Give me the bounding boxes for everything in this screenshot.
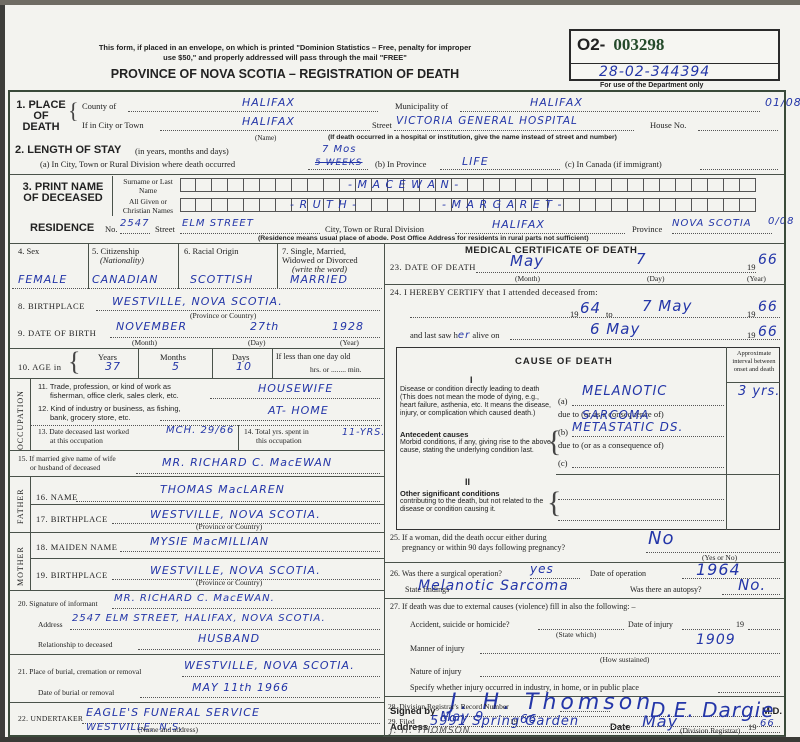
due-to-label-2: due to (or as a consequence of) (558, 440, 664, 450)
antecedent-title: Antecedent causes (400, 431, 468, 439)
last-saw-year: 66 (758, 324, 778, 340)
q11-label: 11. Trade, profession, or kind of work a… (38, 382, 179, 400)
registrar-sub: (Division Registrar) (680, 726, 740, 735)
citizenship-sub: (Nationality) (100, 255, 144, 265)
q26-value: yes (530, 562, 554, 576)
q14-line-1: 14. Total yrs. spent in (244, 427, 309, 436)
q25-label-1: 25. If a woman, did the death occur eith… (390, 533, 565, 543)
mother-maiden-value: MYSIE MacMILLIAN (150, 535, 269, 548)
father-side-label: FATHER (16, 484, 25, 524)
undertaker-name: EAGLE'S FUNERAL SERVICE (86, 706, 260, 719)
place-of-death-label: 1. PLACE OF DEATH (15, 100, 67, 133)
stay-province-label: (b) In Province (375, 159, 426, 169)
citizenship-value: CANADIAN (92, 273, 158, 286)
last-saw-date: 6 May (590, 320, 640, 338)
autopsy-value: No. (738, 576, 766, 594)
section-1-label: I (470, 375, 473, 385)
q26-label: 26. Was there a surgical operation? (390, 569, 502, 578)
street-label: Street (372, 120, 392, 130)
dob-year-sub: (Year) (340, 338, 359, 347)
dob-day-sub: (Day) (248, 338, 266, 347)
father-birthplace-label: 17. BIRTHPLACE (36, 514, 108, 524)
stay-canada-label: (c) In Canada (if immigrant) (565, 159, 662, 169)
cause-a-value: MELANOTIC (582, 384, 667, 399)
cause-of-death-title: CAUSE OF DEATH (515, 356, 613, 367)
filed-year: 66 (520, 712, 537, 726)
antecedent-label: Morbid conditions, if any, giving rise t… (400, 439, 552, 455)
residence-no-label: No. (105, 224, 118, 234)
scan-bottom-edge (0, 737, 800, 742)
registrar-printed-name: J. H. THOMSON (390, 726, 471, 736)
hospital-note: (If death occurred in a hospital or inst… (328, 134, 617, 141)
mother-birthplace-label: 19. BIRTHPLACE (36, 570, 108, 580)
last-saw-label: and last saw her alive on (410, 330, 499, 341)
sex-label: 4. Sex (18, 246, 39, 256)
residence-street-label: Street (155, 224, 175, 234)
certify-label: 24. I HEREBY CERTIFY that I attended dec… (390, 287, 598, 297)
residence-no: 2547 (120, 218, 149, 229)
date-of-death-day: 7 (636, 250, 647, 268)
print-name-line-2: OF DECEASED (18, 193, 108, 204)
municipality-label: Municipality of (395, 101, 448, 111)
operation-date: 1964 (696, 560, 741, 579)
county-label: County of (82, 101, 116, 111)
residence-city-label: City, Town or Rural Division (325, 224, 424, 234)
burial-place-label: 21. Place of burial, cremation or remova… (18, 667, 141, 676)
spouse-label-1: 15. If married give name of wife (18, 454, 116, 463)
undertaker-sub: (Name and address) (138, 725, 198, 734)
spouse-label: 15. If married give name of wifeor husba… (18, 454, 116, 472)
dob-month: NOVEMBER (116, 320, 187, 333)
age-months: 5 (172, 360, 180, 373)
manner-value: 1909 (696, 632, 736, 648)
burial-date: MAY 11th 1966 (192, 681, 289, 694)
residence-city: HALIFAX (492, 218, 545, 231)
injury-year-prefix: 19 (736, 620, 744, 629)
notice-line-2: use $50," and properly addressed will pa… (40, 53, 530, 63)
county-value: HALIFAX (242, 96, 295, 109)
surname-boxes[interactable] (180, 178, 756, 192)
house-no-label: House No. (650, 120, 686, 130)
certifier-year-prefix: 19 (748, 722, 757, 732)
death-year-sub: (Year) (747, 274, 766, 283)
father-name-label: 16. NAME (36, 492, 78, 502)
mother-side-label: MOTHER (16, 542, 25, 586)
other-conditions-label: contributing to the death, but not relat… (400, 498, 552, 514)
street-value: VICTORIA GENERAL HOSPITAL (396, 115, 578, 127)
date-of-death-year: 66 (758, 252, 778, 268)
registrar-signature: D.E. Dargie (650, 698, 775, 722)
birthplace-sub: (Province or Country) (190, 311, 256, 320)
relationship-value: HUSBAND (198, 632, 260, 645)
informant-address: 2547 ELM STREET, HALIFAX, NOVA SCOTIA. (72, 613, 326, 624)
attended-to-year-prefix: 19 (747, 309, 756, 319)
city-sub-label: (Name) (255, 134, 276, 142)
informant-signature-label: 20. Signature of informant (18, 599, 98, 608)
q25-value: No (648, 528, 674, 549)
date-of-death-label: 23. DATE OF DEATH (390, 262, 476, 272)
q14-value: 11-YRS. (342, 427, 385, 438)
manner-label: Manner of injury (410, 644, 465, 653)
other-conditions-title: Other significant conditions (400, 490, 500, 498)
birthplace-label: 8. BIRTHPLACE (18, 301, 85, 311)
stay-city-label: (a) In City, Town or Rural Division wher… (40, 159, 235, 169)
attended-to-label: to (606, 309, 613, 319)
burial-date-label: Date of burial or removal (38, 688, 114, 697)
nature-label: Nature of injury (410, 667, 462, 676)
operation-date-label: Date of operation (590, 569, 646, 578)
residence-street: ELM STREET (182, 218, 254, 229)
notice-line-1: This form, if placed in an envelope, on … (40, 43, 530, 53)
birthplace-value: WESTVILLE, NOVA SCOTIA. (112, 295, 283, 308)
interval-value: 3 yrs. (738, 384, 780, 399)
city-label: If in City or Town (82, 120, 144, 130)
age-hrs-label: hrs. or ........ min. (310, 365, 361, 374)
relationship-label: Relationship to deceased (38, 640, 113, 649)
accident-label: Accident, suicide or homicide? (410, 620, 510, 629)
q13-line-1: 13. Date deceased last worked (38, 427, 129, 436)
department-box: O2-003298 28-02-344394 (569, 29, 780, 81)
burial-place: WESTVILLE, NOVA SCOTIA. (184, 659, 355, 672)
mother-maiden-label: 18. MAIDEN NAME (36, 542, 117, 552)
death-day-sub: (Day) (647, 274, 665, 283)
section-2-label: II (465, 477, 470, 487)
filed-year-prefix: 19 (510, 717, 518, 726)
father-birthplace-sub: (Province or Country) (196, 522, 262, 531)
death-registration-form: 1. PLACE OF DEATH { County of HALIFAX Mu… (8, 90, 786, 737)
father-birthplace-value: WESTVILLE, NOVA SCOTIA. (150, 508, 321, 521)
certificate-number: O2-003298 (577, 35, 664, 55)
attended-from-prefix: 19 (570, 309, 579, 319)
stay-city-struck: 5 WEEKS (315, 158, 362, 168)
q12-line-1: 12. Kind of industry or business, as fis… (38, 404, 181, 413)
given-name-2: - M A R G A R E T - (442, 198, 562, 211)
cause-b-value: METASTATIC DS. (572, 420, 683, 434)
stay-city-value: 7 Mos (322, 144, 357, 155)
last-saw-prefix: and last saw h (410, 330, 458, 340)
undertaker-label: 22. UNDERTAKER (18, 714, 83, 723)
filed-label: 29. Filed (388, 717, 415, 726)
death-month-sub: (Month) (515, 274, 540, 283)
age-days: 10 (236, 360, 252, 373)
occupation-side-label: OCCUPATION (16, 390, 25, 450)
alive-on-label: alive on (472, 330, 499, 340)
dob-month-sub: (Month) (132, 338, 157, 347)
given-names-label: All Given or Christian Names (118, 197, 178, 215)
q25-label: 25. If a woman, did the death occur eith… (390, 533, 565, 553)
cause-b-label: (b) (558, 427, 568, 437)
injury-date-label: Date of injury (628, 620, 673, 629)
cause-a-label: (a) (558, 396, 567, 406)
surname-label: Surname or Last Name (118, 177, 178, 195)
dob-day: 27th (250, 320, 279, 333)
dob-label: 9. DATE OF BIRTH (18, 328, 96, 338)
mother-birthplace-sub: (Province or Country) (196, 578, 262, 587)
q11-value: HOUSEWIFE (258, 382, 333, 395)
attended-to-date: 7 May (642, 297, 692, 315)
city-value: HALIFAX (242, 115, 295, 128)
department-note: For use of the Department only (600, 82, 703, 89)
q12-value: AT- HOME (268, 404, 329, 417)
spouse-label-2: or husband of deceased (18, 463, 116, 472)
residence-province: NOVA SCOTIA (672, 218, 752, 229)
surname-value: - M A C E W A N - (348, 178, 459, 191)
filed-date: May 9 (440, 710, 484, 725)
q11-line-1: 11. Trade, profession, or kind of work a… (38, 382, 179, 391)
father-name-value: THOMAS MacLAREN (160, 483, 285, 496)
medical-certificate-title: MEDICAL CERTIFICATE OF DEATH (465, 245, 637, 256)
residence-label: RESIDENCE (30, 223, 94, 234)
autopsy-label: Was there an autopsy? (630, 585, 702, 594)
interval-label: Approximate interval between onset and d… (729, 350, 779, 374)
spouse-value: MR. RICHARD C. MacEWAN (162, 456, 332, 469)
findings-value: Melanotic Sarcoma (418, 578, 569, 594)
scan-left-edge (0, 5, 5, 742)
q14-label: 14. Total yrs. spent inthis occupation (244, 427, 309, 445)
q11-line-2: fisherman, office clerk, sales clerk, et… (38, 391, 179, 400)
number-prefix: O2- (577, 35, 605, 54)
marital-value: MARRIED (290, 273, 348, 286)
date-of-death-month: May (510, 252, 544, 270)
attended-to-year: 66 (758, 299, 778, 315)
print-name-label: 3. PRINT NAME OF DECEASED (18, 182, 108, 204)
last-saw-year-prefix: 19 (747, 330, 756, 340)
q14-line-2: this occupation (244, 436, 309, 445)
direct-cause-label: Disease or condition directly leading to… (400, 386, 552, 418)
manner-sub: (How sustained) (600, 655, 649, 664)
cause-c-label: (c) (558, 458, 567, 468)
age-label: 10. AGE in (18, 362, 62, 372)
given-name-1: - R U T H - (290, 198, 357, 211)
dob-year: 1928 (332, 320, 364, 333)
q13-line-2: at this occupation (38, 436, 129, 445)
length-of-stay-label: 2. LENGTH OF STAY (15, 145, 121, 156)
mailing-notice: This form, if placed in an envelope, on … (40, 43, 530, 63)
mother-birthplace-value: WESTVILLE, NOVA SCOTIA. (150, 564, 321, 577)
stay-province-value: LIFE (462, 155, 489, 168)
municipality-value: HALIFAX (530, 96, 583, 109)
racial-origin-label: 6. Racial Origin (184, 246, 239, 256)
racial-origin-value: SCOTTISH (190, 273, 253, 286)
informant-signature: MR. RICHARD C. MacEWAN. (114, 593, 275, 604)
q13-label: 13. Date deceased last workedat this occ… (38, 427, 129, 445)
age-years: 37 (105, 360, 121, 373)
informant-address-label: Address (38, 620, 63, 629)
last-saw-her: er (458, 330, 470, 341)
scan-top-edge (0, 0, 800, 5)
q13-value: MCH. 29/66 (166, 425, 234, 436)
length-of-stay-sub: (in years, months and days) (135, 146, 229, 156)
residence-note: (Residence means usual place of abode. P… (258, 235, 589, 242)
sex-value: FEMALE (18, 273, 67, 286)
residence-province-label: Province (632, 224, 662, 234)
form-title: PROVINCE OF NOVA SCOTIA – REGISTRATION O… (40, 67, 530, 81)
age-less-label: If less than one day old (276, 352, 350, 361)
number-digits: 003298 (613, 35, 664, 54)
registration-number: 28-02-344394 (599, 64, 710, 80)
death-year-prefix: 19 (747, 262, 756, 272)
q27-label: 27. If death was due to external causes … (390, 602, 635, 611)
accident-sub: (State which) (556, 630, 596, 639)
q25-label-2: pregnancy or within 90 days following pr… (390, 543, 565, 553)
attended-from-year: 64 (580, 299, 601, 317)
